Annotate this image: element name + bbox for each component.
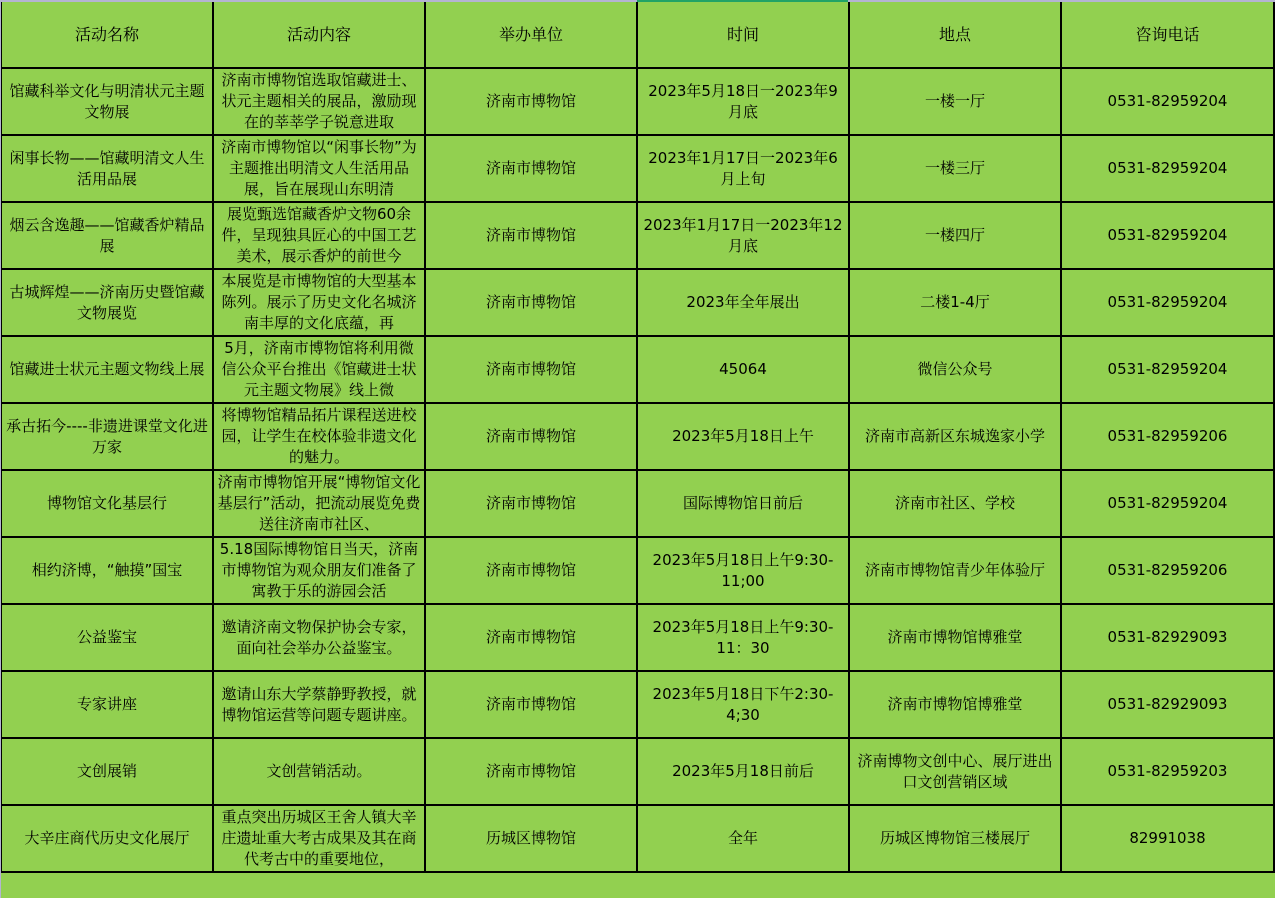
activity-content-text: 重点突出历城区王舍人镇大辛庄遗址重大考古成果及其在商代考古中的重要地位， xyxy=(217,807,421,870)
table-row: 承古拓今----非遗进课堂文化进万家 将博物馆精品拓片课程送进校园，让学生在校体… xyxy=(1,403,1274,470)
organizer-text: 济南市博物馆 xyxy=(486,427,576,445)
location-text: 济南市社区、学校 xyxy=(895,494,1015,512)
activity-name-text: 烟云含逸趣——馆藏香炉精品展 xyxy=(9,216,204,255)
organizer-text: 历城区博物馆 xyxy=(486,829,576,847)
table-row: 公益鉴宝 邀请济南文物保护协会专家，面向社会举办公益鉴宝。 济南市博物馆 202… xyxy=(1,604,1274,671)
cell-activity-content[interactable]: 将博物馆精品拓片课程送进校园，让学生在校体验非遗文化的魅力。 xyxy=(213,403,425,470)
cell-phone[interactable]: 0531-82929093 xyxy=(1061,671,1274,738)
cell-activity-name[interactable]: 承古拓今----非遗进课堂文化进万家 xyxy=(1,403,213,470)
cell-location[interactable]: 济南市高新区东城逸家小学 xyxy=(849,403,1061,470)
time-text: 2023年1月17日一2023年6月上旬 xyxy=(648,149,838,188)
time-text: 2023年5月18日下午2:30-4;30 xyxy=(653,685,834,724)
cell-organizer[interactable]: 历城区博物馆 xyxy=(425,805,637,872)
selected-column-indicator xyxy=(637,0,848,2)
time-text: 2023年全年展出 xyxy=(686,293,799,311)
cell-activity-content[interactable]: 邀请山东大学蔡静野教授，就博物馆运营等问题专题讲座。 xyxy=(213,671,425,738)
location-text: 济南市博物馆博雅堂 xyxy=(887,628,1022,646)
activity-name-text: 专家讲座 xyxy=(77,695,137,713)
cell-organizer[interactable]: 济南市博物馆 xyxy=(425,202,637,269)
cell-time[interactable]: 2023年5月18日下午2:30-4;30 xyxy=(637,671,849,738)
organizer-text: 济南市博物馆 xyxy=(486,360,576,378)
cell-activity-content[interactable]: 5.18国际博物馆日当天，济南市博物馆为观众朋友们准备了寓教于乐的游园会活 xyxy=(213,537,425,604)
cell-time[interactable]: 2023年5月18日上午 xyxy=(637,403,849,470)
activity-name-text: 闲事长物——馆藏明清文人生活用品展 xyxy=(9,149,204,188)
organizer-text: 济南市博物馆 xyxy=(486,561,576,579)
cell-organizer[interactable]: 济南市博物馆 xyxy=(425,68,637,135)
cell-time[interactable]: 2023年5月18日前后 xyxy=(637,738,849,805)
location-text: 一楼四厅 xyxy=(925,226,985,244)
cell-location[interactable]: 微信公众号 xyxy=(849,336,1061,403)
cell-location[interactable]: 二楼1-4厅 xyxy=(849,269,1061,336)
table-row: 文创展销 文创营销活动。 济南市博物馆 2023年5月18日前后 济南博物文创中… xyxy=(1,738,1274,805)
activity-name-text: 大辛庄商代历史文化展厅 xyxy=(24,829,189,847)
cell-activity-content[interactable]: 5月，济南市博物馆将利用微信公众平台推出《馆藏进士状元主题文物展》线上微 xyxy=(213,336,425,403)
table-row: 博物馆文化基层行 济南市博物馆开展“博物馆文化基层行”活动，把流动展览免费送往济… xyxy=(1,470,1274,537)
cell-time[interactable]: 2023年5月18日一2023年9月底 xyxy=(637,68,849,135)
cell-phone[interactable]: 0531-82959206 xyxy=(1061,403,1274,470)
cell-activity-name[interactable]: 大辛庄商代历史文化展厅 xyxy=(1,805,213,872)
location-text: 二楼1-4厅 xyxy=(920,293,990,311)
header-cell-location[interactable]: 地点 xyxy=(849,1,1061,68)
cell-activity-name[interactable]: 博物馆文化基层行 xyxy=(1,470,213,537)
cell-organizer[interactable]: 济南市博物馆 xyxy=(425,403,637,470)
cell-organizer[interactable]: 济南市博物馆 xyxy=(425,738,637,805)
phone-text: 0531-82959204 xyxy=(1108,494,1228,512)
activity-name-text: 承古拓今----非遗进课堂文化进万家 xyxy=(6,417,208,456)
activity-content-text: 本展览是市博物馆的大型基本陈列。展示了历史文化名城济南丰厚的文化底蕴，再 xyxy=(217,271,421,334)
location-text: 济南市博物馆博雅堂 xyxy=(887,695,1022,713)
table-row: 古城辉煌——济南历史暨馆藏文物展览 本展览是市博物馆的大型基本陈列。展示了历史文… xyxy=(1,269,1274,336)
time-text: 国际博物馆日前后 xyxy=(683,494,803,512)
phone-text: 0531-82959203 xyxy=(1108,762,1228,780)
cell-location[interactable]: 一楼一厅 xyxy=(849,68,1061,135)
organizer-text: 济南市博物馆 xyxy=(486,226,576,244)
time-text: 2023年5月18日上午9:30-11;00 xyxy=(653,551,834,590)
cell-activity-content[interactable]: 邀请济南文物保护协会专家，面向社会举办公益鉴宝。 xyxy=(213,604,425,671)
cell-phone[interactable]: 0531-82959204 xyxy=(1061,336,1274,403)
cell-activity-name[interactable]: 闲事长物——馆藏明清文人生活用品展 xyxy=(1,135,213,202)
organizer-text: 济南市博物馆 xyxy=(486,628,576,646)
organizer-text: 济南市博物馆 xyxy=(486,695,576,713)
time-text: 2023年5月18日前后 xyxy=(672,762,814,780)
cell-organizer[interactable]: 济南市博物馆 xyxy=(425,470,637,537)
cell-phone[interactable]: 0531-82959204 xyxy=(1061,470,1274,537)
activity-name-text: 馆藏科举文化与明清状元主题文物展 xyxy=(9,82,204,121)
phone-text: 0531-82929093 xyxy=(1108,695,1228,713)
location-text: 一楼一厅 xyxy=(925,92,985,110)
cell-phone[interactable]: 0531-82929093 xyxy=(1061,604,1274,671)
cell-phone[interactable]: 0531-82959204 xyxy=(1061,68,1274,135)
header-cell-phone[interactable]: 咨询电话 xyxy=(1061,1,1274,68)
cell-activity-content[interactable]: 济南市博物馆以“闲事长物”为主题推出明清文人生活用品展，旨在展现山东明清 xyxy=(213,135,425,202)
cell-activity-content[interactable]: 济南市博物馆选取馆藏进士、状元主题相关的展品，激励现在的莘莘学子锐意进取 xyxy=(213,68,425,135)
time-text: 2023年5月18日上午9:30-11：30 xyxy=(653,618,834,657)
cell-organizer[interactable]: 济南市博物馆 xyxy=(425,135,637,202)
cell-activity-name[interactable]: 馆藏科举文化与明清状元主题文物展 xyxy=(1,68,213,135)
table-row: 烟云含逸趣——馆藏香炉精品展 展览甄选馆藏香炉文物60余件，呈现独具匠心的中国工… xyxy=(1,202,1274,269)
cell-activity-name[interactable]: 烟云含逸趣——馆藏香炉精品展 xyxy=(1,202,213,269)
cell-time[interactable]: 2023年全年展出 xyxy=(637,269,849,336)
location-text: 济南博物文创中心、展厅进出口文创营销区域 xyxy=(857,752,1052,791)
activities-table: 活动名称 活动内容 举办单位 时间 地点 咨询电话 馆藏科举文化与明清状元主题文… xyxy=(0,0,1275,873)
organizer-text: 济南市博物馆 xyxy=(486,159,576,177)
cell-time[interactable]: 2023年1月17日一2023年6月上旬 xyxy=(637,135,849,202)
header-row: 活动名称 活动内容 举办单位 时间 地点 咨询电话 xyxy=(1,1,1274,68)
cell-organizer[interactable]: 济南市博物馆 xyxy=(425,336,637,403)
cell-location[interactable]: 一楼四厅 xyxy=(849,202,1061,269)
table-row: 大辛庄商代历史文化展厅 重点突出历城区王舍人镇大辛庄遗址重大考古成果及其在商代考… xyxy=(1,805,1274,872)
time-text: 2023年5月18日一2023年9月底 xyxy=(648,82,838,121)
activity-name-text: 公益鉴宝 xyxy=(77,628,137,646)
time-text: 45064 xyxy=(719,360,767,378)
activity-content-text: 济南市博物馆以“闲事长物”为主题推出明清文人生活用品展，旨在展现山东明清 xyxy=(217,137,421,200)
cell-activity-name[interactable]: 文创展销 xyxy=(1,738,213,805)
cell-location[interactable]: 济南市博物馆青少年体验厅 xyxy=(849,537,1061,604)
header-cell-name[interactable]: 活动名称 xyxy=(1,1,213,68)
column-header-strip xyxy=(0,0,1275,2)
activity-content-text: 邀请济南文物保护协会专家，面向社会举办公益鉴宝。 xyxy=(217,617,421,659)
activity-content-text: 文创营销活动。 xyxy=(217,761,421,782)
organizer-text: 济南市博物馆 xyxy=(486,762,576,780)
table-row: 相约济博，“触摸”国宝 5.18国际博物馆日当天，济南市博物馆为观众朋友们准备了… xyxy=(1,537,1274,604)
phone-text: 0531-82929093 xyxy=(1108,628,1228,646)
table-row: 馆藏科举文化与明清状元主题文物展 济南市博物馆选取馆藏进士、状元主题相关的展品，… xyxy=(1,68,1274,135)
activity-content-text: 展览甄选馆藏香炉文物60余件，呈现独具匠心的中国工艺美术，展示香炉的前世今 xyxy=(217,204,421,267)
cell-activity-name[interactable]: 古城辉煌——济南历史暨馆藏文物展览 xyxy=(1,269,213,336)
header-cell-time[interactable]: 时间 xyxy=(637,1,849,68)
location-text: 历城区博物馆三楼展厅 xyxy=(880,829,1030,847)
cell-phone[interactable]: 82991038 xyxy=(1061,805,1274,872)
table-row: 馆藏进士状元主题文物线上展 5月，济南市博物馆将利用微信公众平台推出《馆藏进士状… xyxy=(1,336,1274,403)
phone-text: 0531-82959206 xyxy=(1108,427,1228,445)
cell-activity-content[interactable]: 文创营销活动。 xyxy=(213,738,425,805)
cell-activity-name[interactable]: 相约济博，“触摸”国宝 xyxy=(1,537,213,604)
header-cell-organizer[interactable]: 举办单位 xyxy=(425,1,637,68)
table-row: 专家讲座 邀请山东大学蔡静野教授，就博物馆运营等问题专题讲座。 济南市博物馆 2… xyxy=(1,671,1274,738)
organizer-text: 济南市博物馆 xyxy=(486,92,576,110)
cell-time[interactable]: 国际博物馆日前后 xyxy=(637,470,849,537)
cell-time[interactable]: 45064 xyxy=(637,336,849,403)
cell-phone[interactable]: 0531-82959206 xyxy=(1061,537,1274,604)
cell-activity-name[interactable]: 公益鉴宝 xyxy=(1,604,213,671)
cell-organizer[interactable]: 济南市博物馆 xyxy=(425,604,637,671)
time-text: 2023年1月17日一2023年12月底 xyxy=(643,216,842,255)
organizer-text: 济南市博物馆 xyxy=(486,293,576,311)
activity-name-text: 馆藏进士状元主题文物线上展 xyxy=(9,360,204,378)
cell-activity-content[interactable]: 展览甄选馆藏香炉文物60余件，呈现独具匠心的中国工艺美术，展示香炉的前世今 xyxy=(213,202,425,269)
activity-content-text: 5.18国际博物馆日当天，济南市博物馆为观众朋友们准备了寓教于乐的游园会活 xyxy=(217,539,421,602)
location-text: 济南市高新区东城逸家小学 xyxy=(865,427,1045,445)
phone-text: 0531-82959204 xyxy=(1108,360,1228,378)
cell-location[interactable]: 济南博物文创中心、展厅进出口文创营销区域 xyxy=(849,738,1061,805)
phone-text: 0531-82959206 xyxy=(1108,561,1228,579)
time-text: 2023年5月18日上午 xyxy=(672,427,814,445)
cell-organizer[interactable]: 济南市博物馆 xyxy=(425,671,637,738)
cell-phone[interactable]: 0531-82959204 xyxy=(1061,135,1274,202)
activity-content-text: 邀请山东大学蔡静野教授，就博物馆运营等问题专题讲座。 xyxy=(217,684,421,726)
cell-location[interactable]: 历城区博物馆三楼展厅 xyxy=(849,805,1061,872)
table-row: 闲事长物——馆藏明清文人生活用品展 济南市博物馆以“闲事长物”为主题推出明清文人… xyxy=(1,135,1274,202)
header-cell-content[interactable]: 活动内容 xyxy=(213,1,425,68)
cell-activity-content[interactable]: 重点突出历城区王舍人镇大辛庄遗址重大考古成果及其在商代考古中的重要地位， xyxy=(213,805,425,872)
location-text: 一楼三厅 xyxy=(925,159,985,177)
cell-organizer[interactable]: 济南市博物馆 xyxy=(425,537,637,604)
row-header-strip xyxy=(0,0,1,898)
cell-time[interactable]: 全年 xyxy=(637,805,849,872)
cell-activity-name[interactable]: 馆藏进士状元主题文物线上展 xyxy=(1,336,213,403)
phone-text: 0531-82959204 xyxy=(1108,293,1228,311)
cell-phone[interactable]: 0531-82959204 xyxy=(1061,269,1274,336)
activity-content-text: 将博物馆精品拓片课程送进校园，让学生在校体验非遗文化的魅力。 xyxy=(217,405,421,468)
phone-text: 82991038 xyxy=(1129,829,1205,847)
activity-name-text: 相约济博，“触摸”国宝 xyxy=(32,561,183,579)
organizer-text: 济南市博物馆 xyxy=(486,494,576,512)
phone-text: 0531-82959204 xyxy=(1108,226,1228,244)
activity-content-text: 济南市博物馆开展“博物馆文化基层行”活动，把流动展览免费送往济南市社区、 xyxy=(217,472,421,535)
activity-content-text: 5月，济南市博物馆将利用微信公众平台推出《馆藏进士状元主题文物展》线上微 xyxy=(217,338,421,401)
cell-phone[interactable]: 0531-82959204 xyxy=(1061,202,1274,269)
cell-location[interactable]: 济南市社区、学校 xyxy=(849,470,1061,537)
cell-phone[interactable]: 0531-82959203 xyxy=(1061,738,1274,805)
cell-activity-content[interactable]: 济南市博物馆开展“博物馆文化基层行”活动，把流动展览免费送往济南市社区、 xyxy=(213,470,425,537)
cell-organizer[interactable]: 济南市博物馆 xyxy=(425,269,637,336)
cell-activity-name[interactable]: 专家讲座 xyxy=(1,671,213,738)
phone-text: 0531-82959204 xyxy=(1108,159,1228,177)
location-text: 微信公众号 xyxy=(917,360,992,378)
phone-text: 0531-82959204 xyxy=(1108,92,1228,110)
cell-time[interactable]: 2023年5月18日上午9:30-11;00 xyxy=(637,537,849,604)
time-text: 全年 xyxy=(728,829,758,847)
activity-name-text: 博物馆文化基层行 xyxy=(47,494,167,512)
activity-name-text: 古城辉煌——济南历史暨馆藏文物展览 xyxy=(9,283,204,322)
activity-name-text: 文创展销 xyxy=(77,762,137,780)
location-text: 济南市博物馆青少年体验厅 xyxy=(865,561,1045,579)
cell-location[interactable]: 济南市博物馆博雅堂 xyxy=(849,671,1061,738)
activity-content-text: 济南市博物馆选取馆藏进士、状元主题相关的展品，激励现在的莘莘学子锐意进取 xyxy=(217,70,421,133)
cell-time[interactable]: 2023年1月17日一2023年12月底 xyxy=(637,202,849,269)
cell-location[interactable]: 一楼三厅 xyxy=(849,135,1061,202)
cell-time[interactable]: 2023年5月18日上午9:30-11：30 xyxy=(637,604,849,671)
cell-activity-content[interactable]: 本展览是市博物馆的大型基本陈列。展示了历史文化名城济南丰厚的文化底蕴，再 xyxy=(213,269,425,336)
cell-location[interactable]: 济南市博物馆博雅堂 xyxy=(849,604,1061,671)
